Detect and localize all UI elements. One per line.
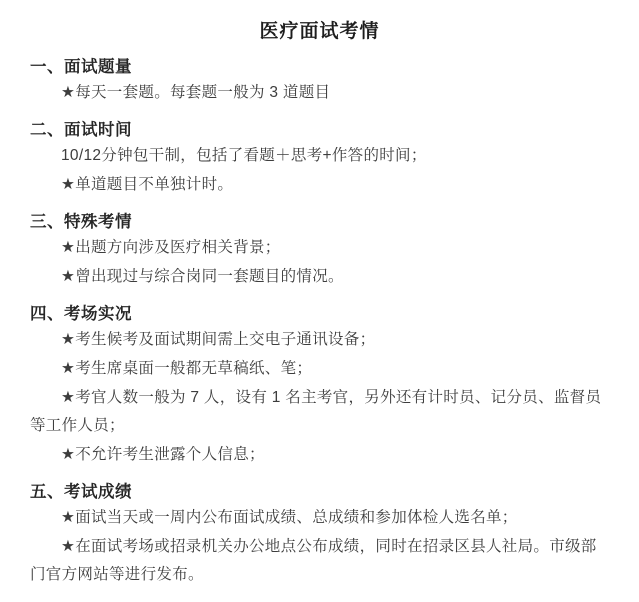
paragraph: ★不允许考生泄露个人信息； <box>30 441 609 469</box>
section-exam-room-conditions: 四、考场实况 ★考生候考及面试期间需上交电子通讯设备； ★考生席桌面一般都无草稿… <box>30 300 609 469</box>
section-interview-time: 二、面试时间 10/12分钟包干制，包括了看题＋思考+作答的时间； ★单道题目不… <box>30 116 609 199</box>
paragraph: ★考生席桌面一般都无草稿纸、笔； <box>30 355 609 383</box>
section-heading: 一、面试题量 <box>30 53 609 77</box>
section-exam-results: 五、考试成绩 ★面试当天或一周内公布面试成绩、总成绩和参加体检人选名单； ★在面… <box>30 478 609 589</box>
paragraph: ★单道题目不单独计时。 <box>30 171 609 199</box>
paragraph: ★每天一套题。每套题一般为 3 道题目 <box>30 79 609 107</box>
paragraph: ★考生候考及面试期间需上交电子通讯设备； <box>30 326 609 354</box>
page-title: 医疗面试考情 <box>30 16 609 43</box>
paragraph: ★考官人数一般为 7 人，设有 1 名主考官，另外还有计时员、记分员、监督员等工… <box>30 384 609 440</box>
paragraph: ★在面试考场或招录机关办公地点公布成绩，同时在招录区县人社局。市级部门官方网站等… <box>30 533 609 589</box>
section-heading: 二、面试时间 <box>30 116 609 140</box>
paragraph: ★曾出现过与综合岗同一套题目的情况。 <box>30 263 609 291</box>
document-page: 医疗面试考情 一、面试题量 ★每天一套题。每套题一般为 3 道题目 二、面试时间… <box>0 0 639 602</box>
section-interview-question-count: 一、面试题量 ★每天一套题。每套题一般为 3 道题目 <box>30 53 609 107</box>
section-special-exam-info: 三、特殊考情 ★出题方向涉及医疗相关背景； ★曾出现过与综合岗同一套题目的情况。 <box>30 208 609 291</box>
paragraph: 10/12分钟包干制，包括了看题＋思考+作答的时间； <box>30 142 609 170</box>
section-heading: 四、考场实况 <box>30 300 609 324</box>
section-heading: 五、考试成绩 <box>30 478 609 502</box>
section-heading: 三、特殊考情 <box>30 208 609 232</box>
paragraph: ★面试当天或一周内公布面试成绩、总成绩和参加体检人选名单； <box>30 504 609 532</box>
paragraph: ★出题方向涉及医疗相关背景； <box>30 234 609 262</box>
